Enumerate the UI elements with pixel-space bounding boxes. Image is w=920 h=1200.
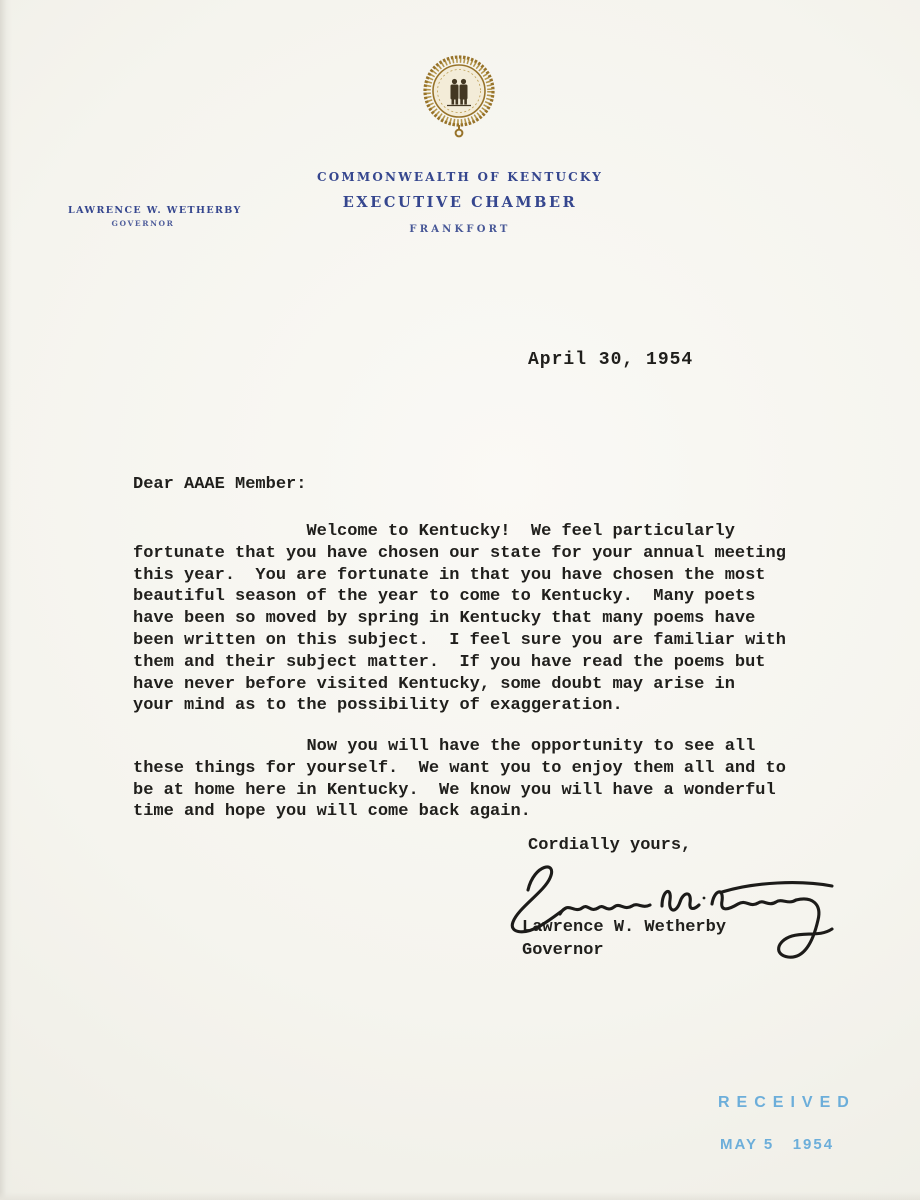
sender-title: GOVERNOR: [68, 219, 218, 228]
salutation: Dear AAAE Member:: [133, 475, 306, 494]
closing: Cordially yours,: [528, 836, 691, 855]
paragraph-2: Now you will have the opportunity to see…: [133, 736, 823, 823]
letterhead-commonwealth: COMMONWEALTH OF KENTUCKY: [240, 170, 680, 184]
letter-document: COMMONWEALTH OF KENTUCKY EXECUTIVE CHAMB…: [0, 0, 920, 1200]
signed-name-typed: Lawrence W. Wetherby: [522, 918, 726, 937]
scan-edge-shadow-bottom: [0, 1192, 920, 1200]
signed-title-typed: Governor: [522, 941, 604, 960]
received-stamp: RECEIVED: [718, 1094, 856, 1112]
sender-block: LAWRENCE W. WETHERBY GOVERNOR: [68, 205, 218, 228]
letter-date: April 30, 1954: [528, 350, 693, 370]
paragraph-1: Welcome to Kentucky! We feel particularl…: [133, 521, 823, 717]
letterhead-frankfort: FRANKFORT: [240, 224, 680, 235]
scan-edge-shadow: [0, 0, 12, 1200]
received-stamp-date: MAY 5 1954: [720, 1136, 834, 1153]
letterhead-executive-chamber: EXECUTIVE CHAMBER: [240, 194, 680, 211]
kentucky-state-seal-icon: [422, 53, 496, 139]
sender-name: LAWRENCE W. WETHERBY: [68, 205, 218, 216]
